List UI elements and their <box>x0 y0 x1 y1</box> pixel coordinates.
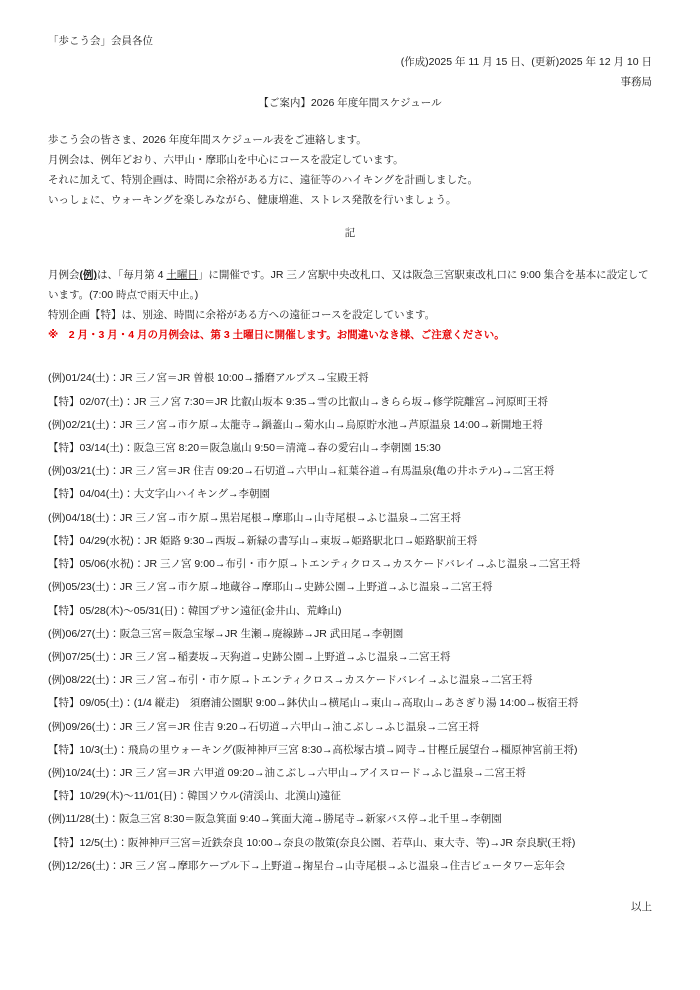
schedule-item: (例)02/21(土)：JR 三ノ宮→市ケ原→太龍寺→鍋蓋山→菊水山→烏原貯水池… <box>48 414 652 437</box>
schedule-item: (例)11/28(土)：阪急三宮 8:30＝阪急箕面 9:40→箕面大滝→勝尾寺… <box>48 808 652 831</box>
recipient-line: 「歩こう会」会員各位 <box>48 32 652 52</box>
document-page: 「歩こう会」会員各位 (作成)2025 年 11 月 15 日、(更新)2025… <box>0 0 700 990</box>
schedule-item: 【特】03/14(土)：阪急三宮 8:20＝阪急嵐山 9:50＝清滝→春の愛宕山… <box>48 437 652 460</box>
schedule-item: (例)09/26(土)：JR 三ノ宮＝JR 住吉 9:20→石切道→六甲山→油こ… <box>48 716 652 739</box>
schedule-item: (例)03/21(土)：JR 三ノ宮＝JR 住吉 09:20→石切道→六甲山→紅… <box>48 460 652 483</box>
monthly-note-mid: は、「毎月第 4 <box>97 269 166 281</box>
schedule-item: (例)01/24(土)：JR 三ノ宮＝JR 曽根 10:00→播磨アルプス→宝殿… <box>48 367 652 390</box>
schedule-item: (例)08/22(土)：JR 三ノ宮→布引・市ケ原→トエンティクロス→カスケード… <box>48 669 652 692</box>
schedule-list: (例)01/24(土)：JR 三ノ宮＝JR 曽根 10:00→播磨アルプス→宝殿… <box>48 367 652 877</box>
monthly-meeting-note: 月例会(例)は、「毎月第 4 土曜日」に開催です。JR 三ノ宮駅中央改札口、又は… <box>48 266 652 306</box>
monthly-note-prefix: 月例会 <box>48 269 80 281</box>
schedule-item: (例)05/23(土)：JR 三ノ宮→市ケ原→地蔵谷→摩耶山→史跡公園→上野道→… <box>48 576 652 599</box>
intro-line-4: いっしょに、ウォーキングを楽しみながら、健康増進、ストレス発散を行いましょう。 <box>48 191 652 211</box>
schedule-item: 【特】10/29(木)～11/01(日)：韓国ソウル(清渓山、北漢山)遠征 <box>48 785 652 808</box>
schedule-item: 【特】09/05(土)：(1/4 縦走) 須磨浦公園駅 9:00→鉢伏山→横尾山… <box>48 692 652 715</box>
notes-paragraph: 月例会(例)は、「毎月第 4 土曜日」に開催です。JR 三ノ宮駅中央改札口、又は… <box>48 266 652 345</box>
warning-note: ※ 2 月・3 月・4 月の月例会は、第 3 土曜日に開催します。お間違いなき様… <box>48 326 652 346</box>
doc-title: 【ご案内】2026 年度年間スケジュール <box>48 93 652 114</box>
schedule-item: 【特】05/28(木)～05/31(日)：韓国プサン遠征(金井山、荒峰山) <box>48 600 652 623</box>
schedule-item: 【特】04/29(水祝)：JR 姫路 9:30→西坂→新緑の書写山→東坂→姫路駅… <box>48 530 652 553</box>
schedule-item: (例)04/18(土)：JR 三ノ宮→市ケ原→黒岩尾根→摩耶山→山寺尾根→ふじ温… <box>48 507 652 530</box>
closing-marker: 以上 <box>48 898 652 918</box>
schedule-item: (例)07/25(土)：JR 三ノ宮→稲妻坂→天狗道→史跡公園→上野道→ふじ温泉… <box>48 646 652 669</box>
special-plan-note: 特別企画【特】は、別途、時間に余裕がある方への遠征コースを設定しています。 <box>48 306 652 326</box>
sender-line: 事務局 <box>48 72 652 93</box>
schedule-item: (例)06/27(土)：阪急三宮＝阪急宝塚→JR 生瀬→廃線跡→JR 武田尾→李… <box>48 623 652 646</box>
intro-line-3: それに加えて、特別企画は、時間に余裕がある方に、遠征等のハイキングを計画しました… <box>48 171 652 191</box>
schedule-item: 【特】12/5(土)：阪神神戸三宮＝近鉄奈良 10:00→奈良の散策(奈良公園、… <box>48 832 652 855</box>
schedule-item: (例)10/24(土)：JR 三ノ宮＝JR 六甲道 09:20→油こぶし→六甲山… <box>48 762 652 785</box>
schedule-item: 【特】10/3(土)：飛鳥の里ウォーキング(阪神神戸三宮 8:30→高松塚古墳→… <box>48 739 652 762</box>
record-marker: 記 <box>48 224 652 244</box>
schedule-item: 【特】02/07(土)：JR 三ノ宮 7:30＝JR 比叡山坂本 9:35→雪の… <box>48 391 652 414</box>
intro-line-1: 歩こう会の皆さま、2026 年度年間スケジュール表をご連絡します。 <box>48 131 652 151</box>
intro-line-2: 月例会は、例年どおり、六甲山・摩耶山を中心にコースを設定しています。 <box>48 151 652 171</box>
created-updated-date-line: (作成)2025 年 11 月 15 日、(更新)2025 年 12 月 10 … <box>48 52 652 73</box>
schedule-item: (例)12/26(土)：JR 三ノ宮→摩耶ケーブル下→上野道→掬星台→山寺尾根→… <box>48 855 652 878</box>
schedule-item: 【特】04/04(土)：大文字山ハイキング→李朝園 <box>48 483 652 506</box>
monthly-note-emphasis: (例) <box>80 269 98 281</box>
intro-paragraph: 歩こう会の皆さま、2026 年度年間スケジュール表をご連絡します。 月例会は、例… <box>48 131 652 210</box>
schedule-item: 【特】05/06(水祝)：JR 三ノ宮 9:00→布引・市ケ原→トエンティクロス… <box>48 553 652 576</box>
monthly-note-saturday: 土曜日 <box>166 269 198 281</box>
